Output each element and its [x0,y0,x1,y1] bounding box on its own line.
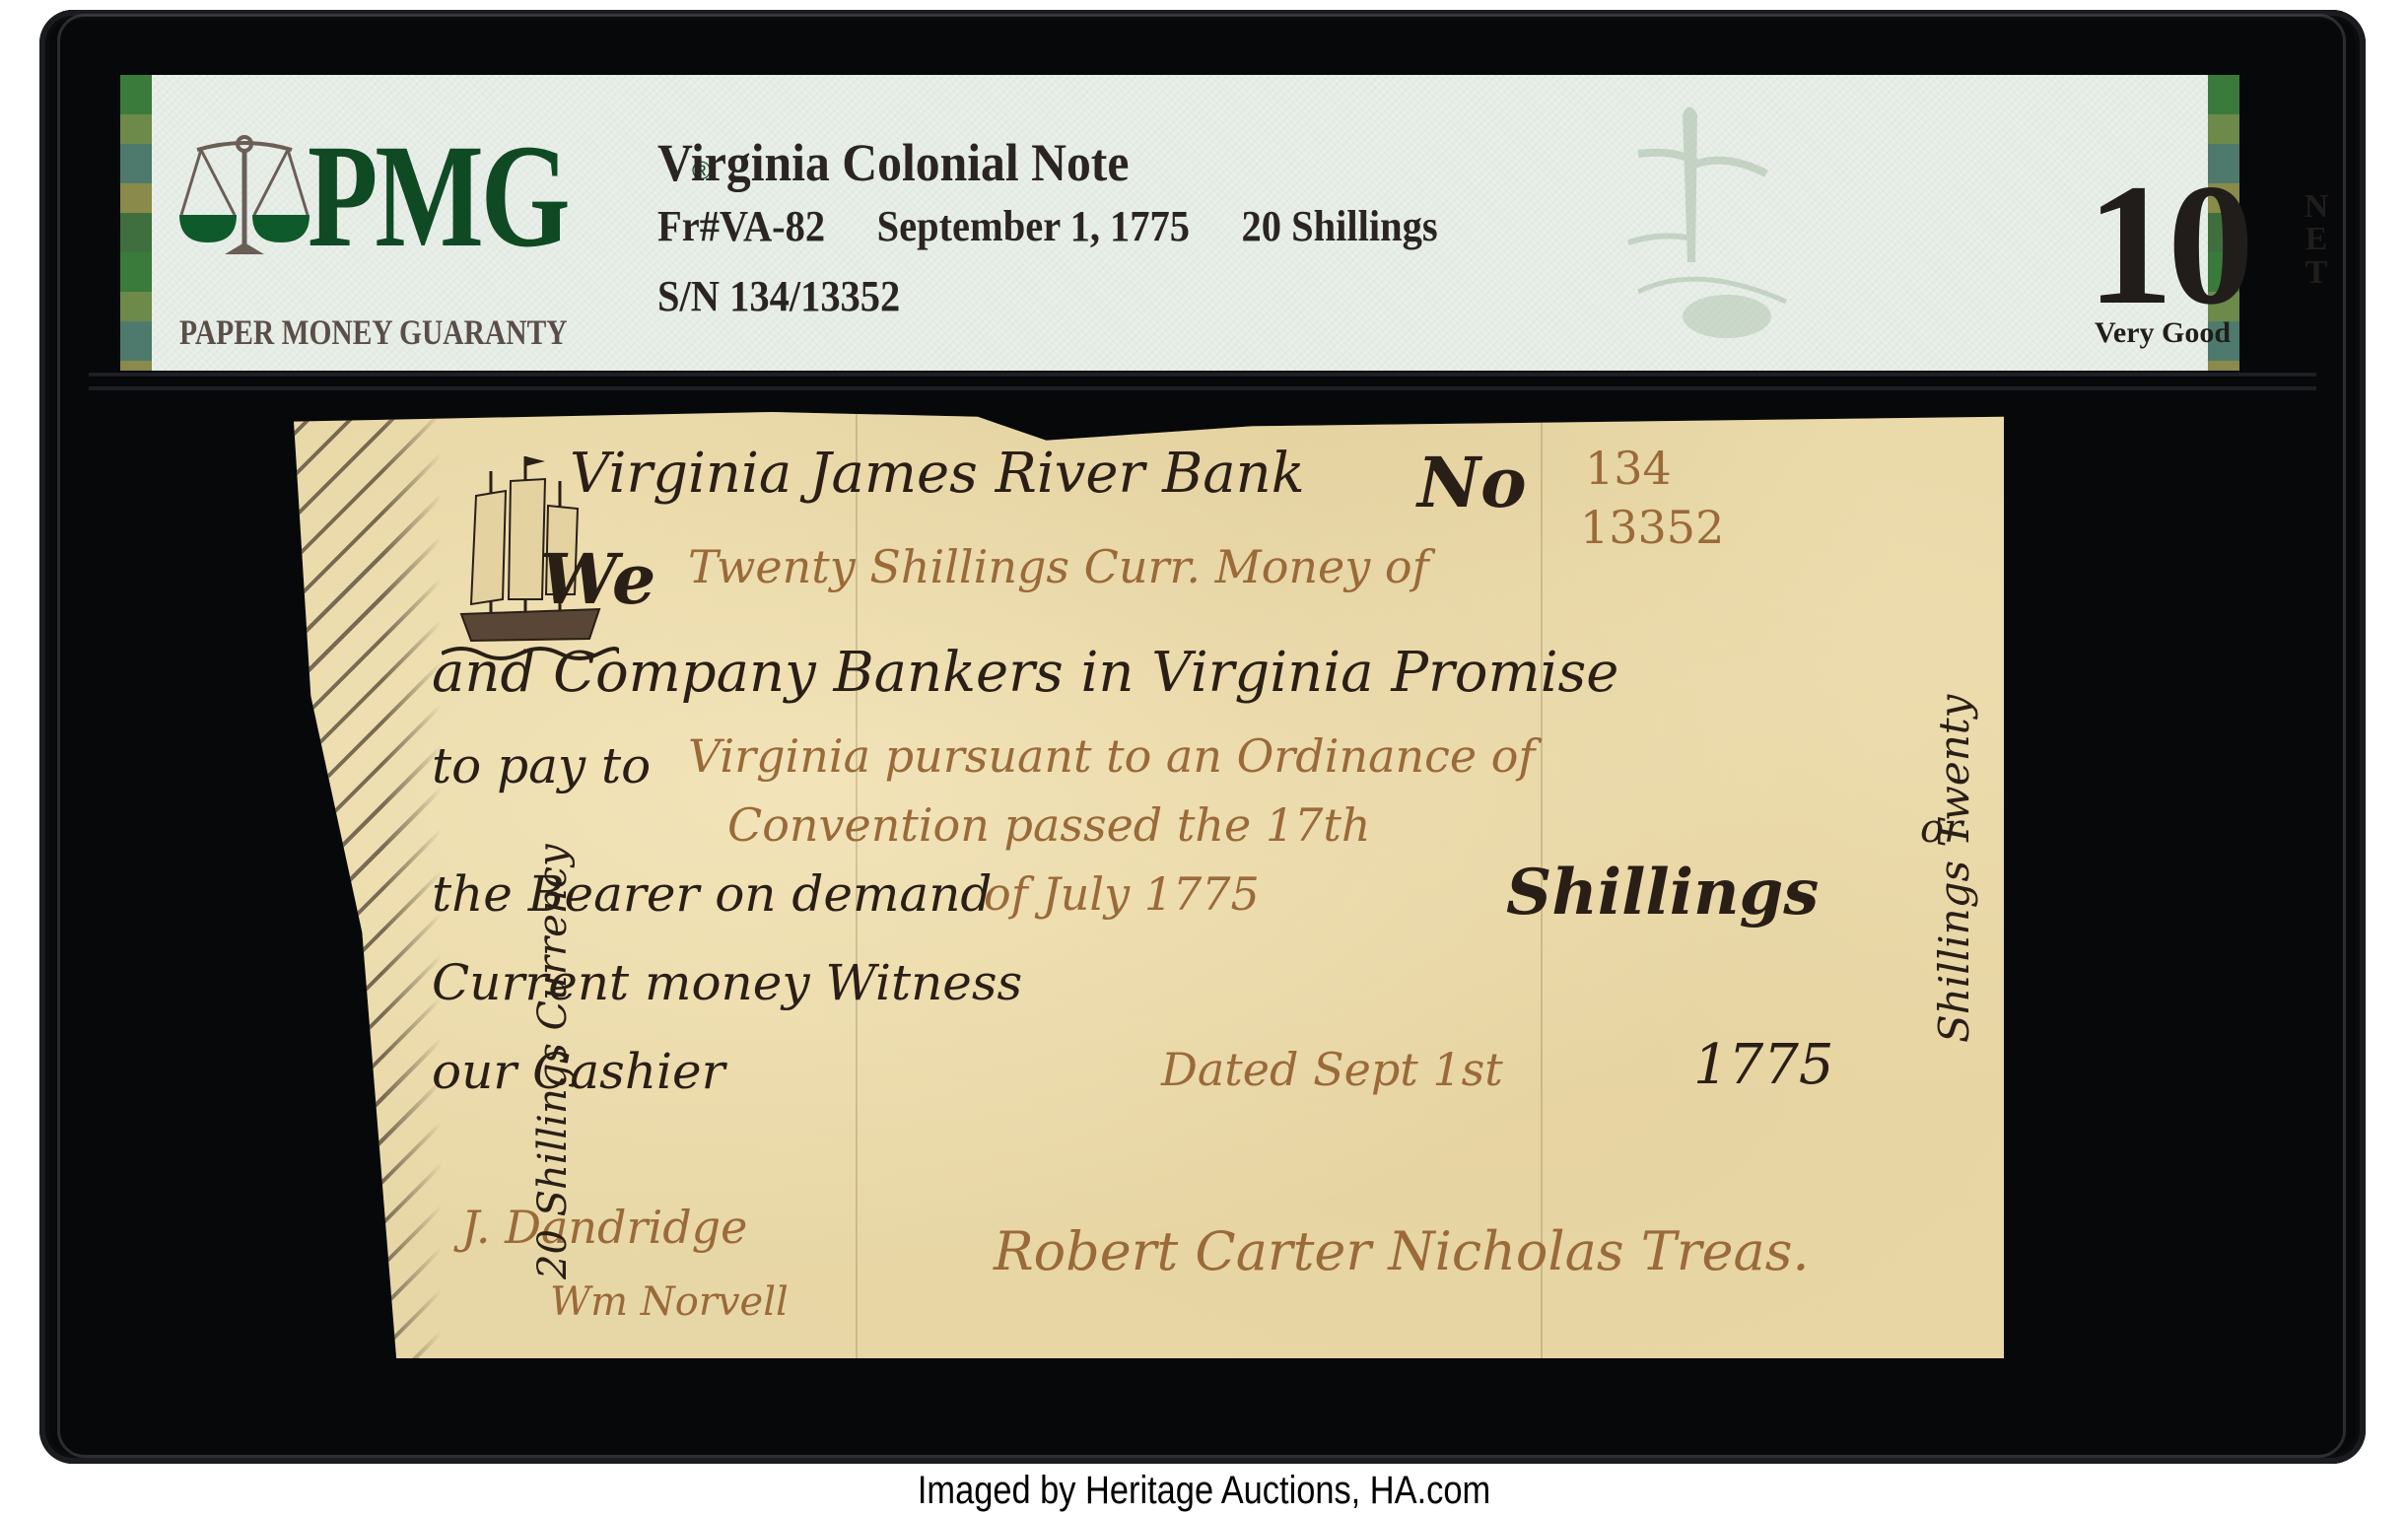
holder-rail-bottom [89,386,2316,390]
catalog-number: Fr#VA-82 [657,202,825,250]
pmg-logo: PMG ® PAPER MONEY GUARANTY [179,134,731,351]
pmg-tagline: PAPER MONEY GUARANTY [179,311,568,353]
grading-label: PMG ® PAPER MONEY GUARANTY Virginia Colo… [120,75,2239,371]
right-vertical-text: Shillings Twenty [1930,695,1978,1043]
note-date: September 1, 1775 [877,202,1190,250]
note-description: Virginia Colonial Note Fr#VA-82 Septembe… [657,132,1550,321]
ordinance-date-handwritten: of July 1775 [984,867,1260,921]
shillings-blackletter: Shillings [1506,856,1819,930]
note-denomination: 20 Shillings [1241,202,1437,250]
left-vertical-text: 20 Shillings Currency [530,844,576,1279]
bank-name: Virginia James River Bank [570,442,1305,506]
we-print: We [540,538,655,620]
signature-norvell: Wm Norvell [550,1279,789,1325]
to-pay-to: to pay to [432,737,651,794]
grade-description: Very Good [2095,316,2231,350]
bearer-line: the Bearer on demand [432,865,992,923]
net-letter: T [2302,256,2331,289]
amount-handwritten: Twenty Shillings Curr. Money of [688,540,1429,593]
line-bankers: and Company Bankers in Virginia Promise [432,641,1618,705]
justice-watermark-icon [1618,95,1816,351]
scales-of-justice-icon [179,134,310,262]
net-letter: E [2302,223,2331,255]
hologram-strip-left [120,75,152,371]
dated-handwritten: Dated Sept 1st [1161,1043,1503,1096]
signature-dandridge: J. Dandridge [461,1201,747,1254]
payee-handwritten: Virginia pursuant to an Ordinance of [688,729,1535,783]
serial-number: S/N 134/13352 [657,271,1479,321]
note-details: Fr#VA-82 September 1, 1775 20 Shillings [657,201,1479,251]
dated-year: 1775 [1693,1033,1834,1097]
holder-rail-top [89,373,2316,377]
image-credit: Imaged by Heritage Auctions, HA.com [169,1469,2239,1513]
net-letter: N [2302,190,2331,223]
grade-net-qualifier: N E T [2302,190,2331,289]
grade-block: 10 N E T Very Good [2087,169,2304,366]
serial-bottom: 13352 [1580,501,1724,554]
note-title: Virginia Colonial Note [657,132,1479,193]
colonial-banknote: Virginia James River Bank No 134 13352 W… [294,412,2004,1358]
grade-number: 10 [2087,159,2248,332]
pmg-brand: PMG [308,122,568,270]
cashier-line: our Cashier [432,1043,725,1100]
current-money-line: Current money Witness [432,954,1022,1011]
convention-handwritten: Convention passed the 17th [727,798,1370,852]
serial-top: 134 [1585,442,1672,495]
signature-nicholas: Robert Carter Nicholas Treas. [994,1220,1810,1282]
number-label: No [1417,442,1527,523]
